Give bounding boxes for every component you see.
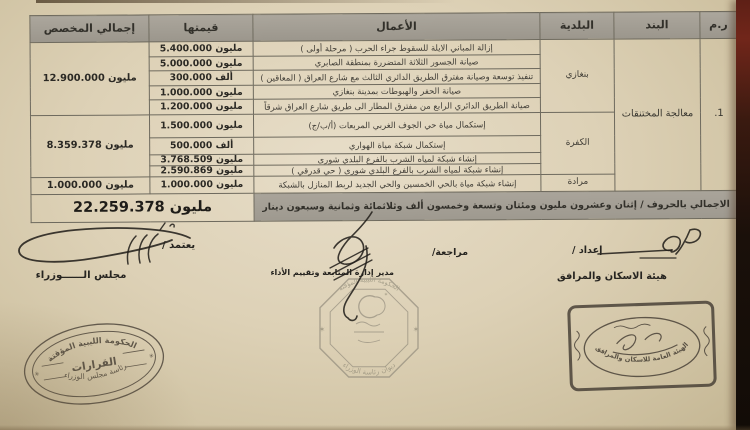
stamp-top-marks xyxy=(614,324,651,329)
value-cell: 5.000.000 مليون xyxy=(149,56,253,71)
star-icon: ✶ xyxy=(413,325,420,334)
svg-text:الحكومة الليبية المؤقتة: الحكومة الليبية المؤقتة xyxy=(337,275,401,292)
value-cell: 3.768.509 مليون xyxy=(150,154,254,166)
municipality-cell: مرادة xyxy=(541,174,615,191)
value-cell: 1.000.000 مليون xyxy=(149,85,253,100)
work-item-cell: إزالة المباني الايلة للسقوط جراء الحرب (… xyxy=(253,40,540,57)
stamp-text: الهيئة العامة للاسكان والمرافق xyxy=(594,340,691,365)
photo-corner-shadow xyxy=(0,0,44,34)
stamp-inner-marks xyxy=(354,322,384,343)
work-item-cell: تنفيذ توسعة وصيانة مفترق الطريق الدائري … xyxy=(253,69,540,86)
municipality-cell: بنغازي xyxy=(540,39,614,112)
municipality-cell: الكفرة xyxy=(540,112,614,174)
approve-entity: مجلس الــــــوزراء xyxy=(26,270,136,281)
work-item-cell: صيانة الطريق الدائري الرابع من مفترق الم… xyxy=(253,98,540,115)
value-cell: 1.500.000 مليون xyxy=(149,114,253,138)
stamp-text: الحكومة الليبية المؤقتة xyxy=(337,275,401,292)
housing-authority-stamp: الهيئة العامة للاسكان والمرافق xyxy=(564,297,719,394)
grand-total-number-cell: 22.259.378 مليون xyxy=(31,193,254,222)
column-header-rm: ر.م xyxy=(700,11,737,38)
column-header-works: الأعمال xyxy=(253,13,540,42)
work-item-cell: إستكمال شبكة مياة الهواري xyxy=(254,136,541,155)
value-cell: 500.000 ألف xyxy=(150,137,254,155)
grand-total-words-cell: الاجمالي بالحروف / إثنان وعشرون مليون وم… xyxy=(254,190,738,221)
work-item-cell: إنشاء شبكة مياة بالحي الخمسين والحي الجد… xyxy=(254,175,541,194)
star-icon: ✶ xyxy=(319,325,326,334)
prepare-label: إعداد / xyxy=(572,245,602,256)
scanned-document-photo: ر.م البند البلدية الأعمال قيمتها إجمالي … xyxy=(0,0,750,430)
photo-top-edge xyxy=(36,0,456,3)
work-item-cell: إستكمال مياة حي الجوف الغربي المربعات (أ… xyxy=(253,113,540,138)
group-total-cell: 1.000.000 مليون xyxy=(31,177,150,195)
prepare-entity: هيئة الاسكان والمرافق xyxy=(548,271,676,282)
cabinet-octagon-stamp: الحكومة الليبية المؤقتة ديوان رئاسة الوز… xyxy=(314,272,424,384)
band-cell: معالجة المختنقات xyxy=(614,39,701,192)
approve-label: يعتمد / xyxy=(162,240,195,251)
allocation-table: ر.م البند البلدية الأعمال قيمتها إجمالي … xyxy=(29,11,738,223)
column-header-total: إجمالي المخصص xyxy=(30,15,149,43)
value-cell: 2.590.869 مليون xyxy=(150,165,254,177)
star-icon: ✶ xyxy=(384,292,388,298)
value-cell: 1.000.000 مليون xyxy=(150,176,254,194)
photo-bottom-edge xyxy=(0,425,750,430)
value-cell: 5.400.000 مليون xyxy=(149,41,253,57)
group-total-cell: 8.359.378 مليون xyxy=(30,115,149,178)
photo-right-edge xyxy=(736,0,750,430)
prepare-signature xyxy=(598,229,700,258)
value-cell: 300.000 ألف xyxy=(149,70,253,86)
value-cell: 1.200.000 مليون xyxy=(149,99,253,115)
grand-total-row: الاجمالي بالحروف / إثنان وعشرون مليون وم… xyxy=(31,190,738,222)
photo-bottom-left-shade xyxy=(0,300,200,430)
column-header-municipality: البلدية xyxy=(540,12,614,39)
review-label: مراجعة/ xyxy=(432,247,468,258)
column-header-value: قيمتها xyxy=(149,14,253,42)
svg-text:الهيئة العامة للاسكان والمرافق: الهيئة العامة للاسكان والمرافق xyxy=(594,340,691,365)
group-total-cell: 12.900.000 مليون xyxy=(30,42,149,116)
table-header-row: ر.م البند البلدية الأعمال قيمتها إجمالي … xyxy=(30,11,737,42)
row-number-cell: .1 xyxy=(700,38,738,190)
crescent-icon xyxy=(359,296,377,318)
column-header-band: البند xyxy=(614,12,700,40)
